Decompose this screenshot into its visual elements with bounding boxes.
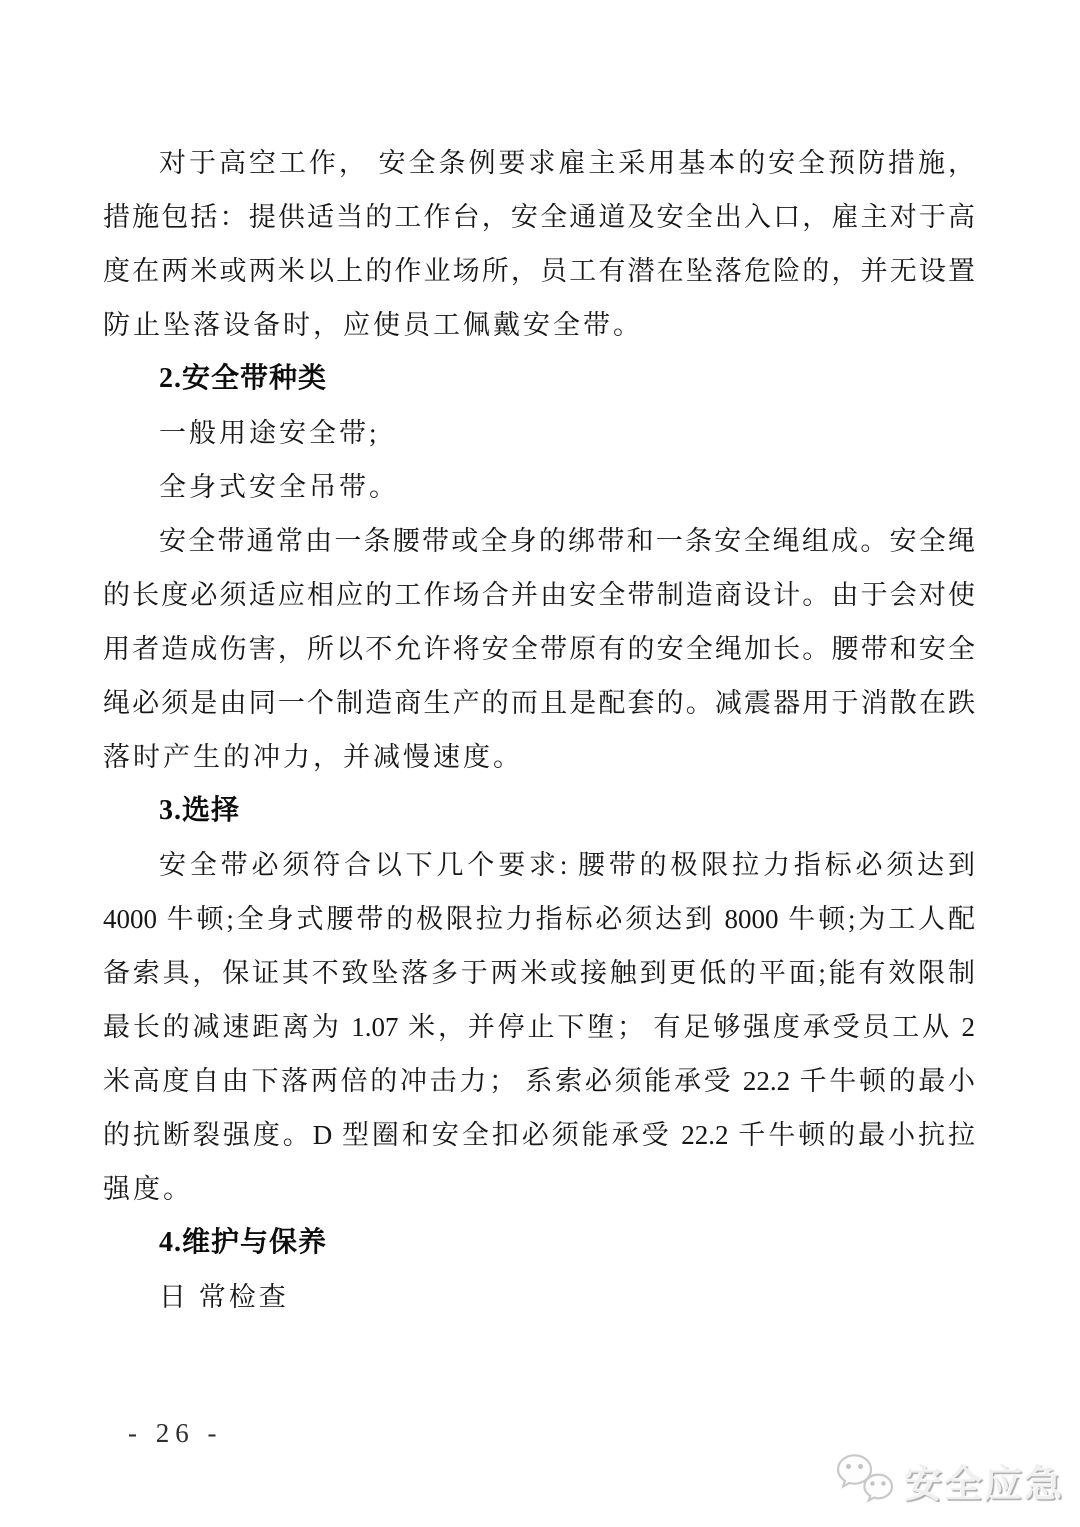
section-heading: 4.维护与保养 [103, 1224, 975, 1262]
text-line: 米高度自由下落两倍的冲击力； 系索必须能承受 22.2 千牛顿的最小 [103, 1062, 975, 1100]
document-body: 对于高空工作， 安全条例要求雇主采用基本的安全预防措施，措施包括：提供适当的工作… [103, 0, 975, 1400]
text-line: 日 常检查 [103, 1278, 975, 1316]
text-line: 的长度必须适应相应的工作场合并由安全带制造商设计。由于会对使 [103, 576, 975, 614]
text-line: 的抗断裂强度。D 型圈和安全扣必须能承受 22.2 千牛顿的最小抗拉 [103, 1116, 975, 1154]
section-heading: 2.安全带种类 [103, 360, 975, 398]
text-line: 用者造成伤害，所以不允许将安全带原有的安全绳加长。腰带和安全 [103, 630, 975, 668]
text-line: 度在两米或两米以上的作业场所，员工有潜在坠落危险的，并无设置 [103, 252, 975, 290]
document-page: 对于高空工作， 安全条例要求雇主采用基本的安全预防措施，措施包括：提供适当的工作… [0, 0, 1080, 1527]
section-heading: 3.选择 [103, 792, 975, 830]
watermark-text: 安全应急 [904, 1453, 1064, 1508]
text-line: 4000 牛顿;全身式腰带的极限拉力指标必须达到 8000 牛顿;为工人配 [103, 900, 975, 938]
text-line: 绳必须是由同一个制造商生产的而且是配套的。减震器用于消散在跌 [103, 684, 975, 722]
text-line: 对于高空工作， 安全条例要求雇主采用基本的安全预防措施， [103, 144, 975, 182]
page-number: - 26 - [128, 1418, 222, 1449]
text-line: 防止坠落设备时，应使员工佩戴安全带。 [103, 306, 975, 344]
text-line: 安全带必须符合以下几个要求: 腰带的极限拉力指标必须达到 [103, 846, 975, 884]
wechat-watermark: 安全应急 [834, 1450, 1064, 1511]
text-line: 一般用途安全带; [103, 414, 975, 452]
text-line: 落时产生的冲力，并减慢速度。 [103, 738, 975, 776]
text-line: 强度。 [103, 1170, 975, 1208]
text-line: 安全带通常由一条腰带或全身的绑带和一条安全绳组成。安全绳 [103, 522, 975, 560]
wechat-icon [834, 1450, 896, 1511]
text-line: 全身式安全吊带。 [103, 468, 975, 506]
text-line: 措施包括：提供适当的工作台，安全通道及安全出入口，雇主对于高 [103, 198, 975, 236]
text-line: 最长的减速距离为 1.07 米，并停止下堕； 有足够强度承受员工从 2 [103, 1008, 975, 1046]
text-line: 备索具，保证其不致坠落多于两米或接触到更低的平面;能有效限制 [103, 954, 975, 992]
